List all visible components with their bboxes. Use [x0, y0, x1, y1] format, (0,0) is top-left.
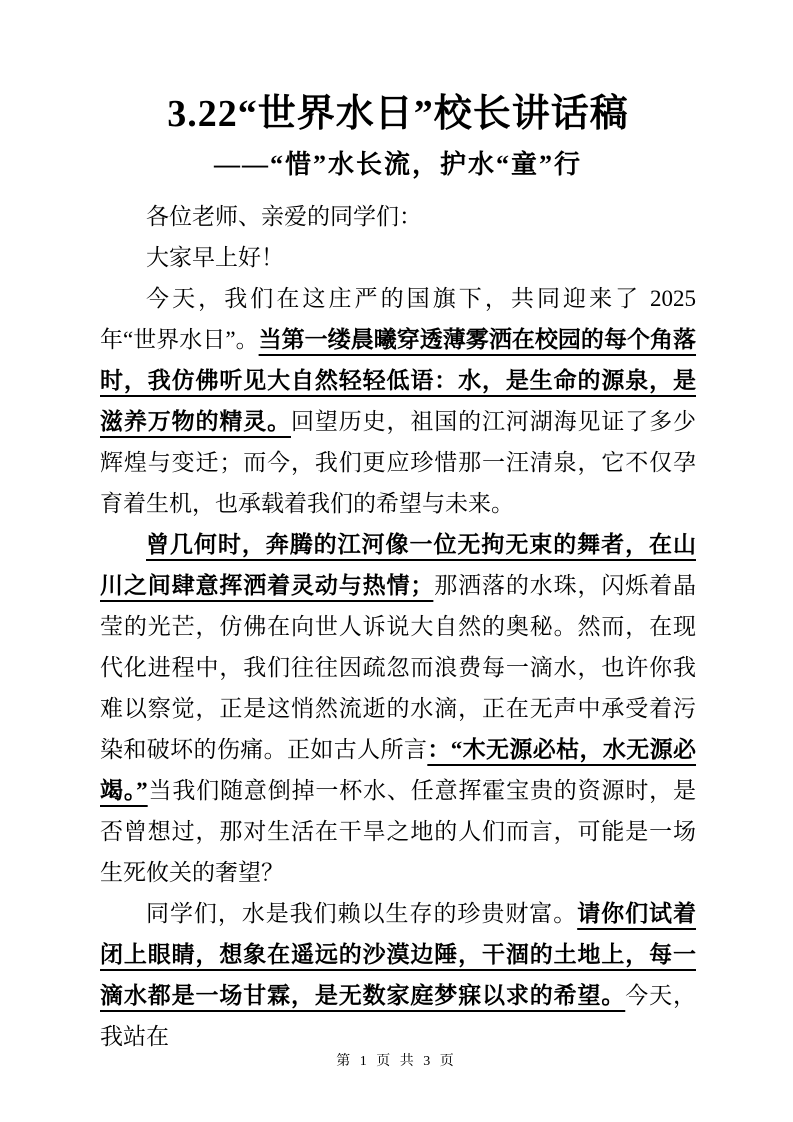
- text-run: 当我们随意倒掉一杯水、任意挥霍宝贵的资源时，是否曾想过，那对生活在干旱之地的人们…: [100, 778, 696, 885]
- paragraph: 今天，我们在这庄严的国旗下，共同迎来了 2025 年“世界水日”。当第一缕晨曦穿…: [100, 278, 696, 524]
- paragraph: 曾几何时，奔腾的江河像一位无拘无束的舞者，在山川之间肆意挥洒着灵动与热情；那洒落…: [100, 524, 696, 893]
- document-page: 3.22“世界水日”校长讲话稿 ——“惜”水长流，护水“童”行 各位老师、亲爱的…: [0, 0, 793, 1122]
- text-run: 那洒落的水珠，闪烁着晶莹的光芒，仿佛在向世人诉说大自然的奥秘。然而，在现代化进程…: [100, 573, 696, 762]
- document-title: 3.22“世界水日”校长讲话稿: [100, 86, 696, 142]
- document-body: 各位老师、亲爱的同学们：大家早上好！今天，我们在这庄严的国旗下，共同迎来了 20…: [100, 196, 696, 1057]
- paragraph: 各位老师、亲爱的同学们：: [100, 196, 696, 237]
- paragraph: 同学们，水是我们赖以生存的珍贵财富。请你们试着闭上眼睛，想象在遥远的沙漠边陲，干…: [100, 893, 696, 1057]
- text-run: 大家早上好！: [146, 245, 284, 270]
- document-subtitle: ——“惜”水长流，护水“童”行: [100, 146, 696, 184]
- page-number-text: 第 1 页 共 3 页: [336, 1054, 457, 1069]
- text-run: 同学们，水是我们赖以生存的珍贵财富。: [146, 901, 577, 926]
- page-footer: 第 1 页 共 3 页: [0, 1050, 793, 1070]
- paragraph: 大家早上好！: [100, 237, 696, 278]
- text-run: 各位老师、亲爱的同学们：: [146, 204, 422, 229]
